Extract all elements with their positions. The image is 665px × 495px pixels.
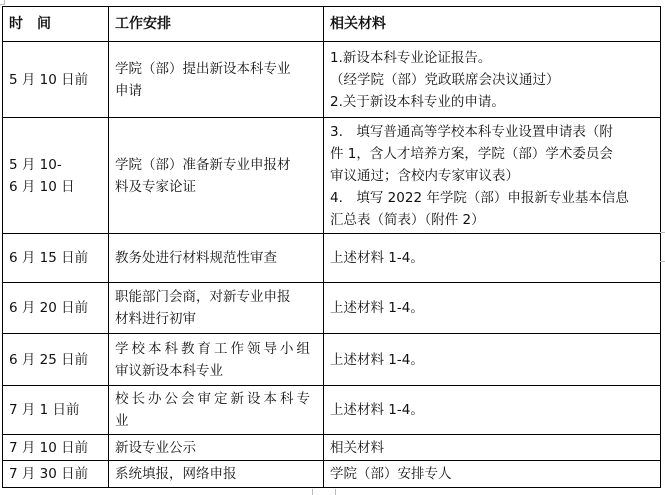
time-text: 5 月 10 日前 — [9, 69, 102, 91]
materials-text: 3. 填写普通高等学校本科专业设置申请表（附 — [330, 121, 654, 143]
materials-text: 上述材料 1-4。 — [330, 297, 654, 319]
table-row: 5 月 10- 6 月 10 日 学院（部）准备新专业申报材 料及专家论证 3.… — [3, 118, 661, 234]
table-row: 7 月 30 日前 系统填报，网络申报 学院（部）安排专人 — [3, 461, 661, 488]
materials-text: 上述材料 1-4。 — [330, 247, 654, 269]
task-text: 材料进行初审 — [115, 308, 317, 330]
materials-text: 4. 填写 2022 年学院（部）申报新专业基本信息 — [330, 187, 654, 209]
schedule-table: 时 间 工作安排 相关材料 5 月 10 日前 学院（部）提出新设本科专业 申请… — [2, 6, 661, 488]
table-row: 6 月 25 日前 学校本科教育工作领导小组 审议新设本科专业 上述材料 1-4… — [3, 334, 661, 386]
task-text: 学校本科教育工作领导小组 — [115, 338, 317, 360]
task-text: 料及专家论证 — [115, 176, 317, 198]
task-text: 职能部门会商，对新专业申报 — [115, 286, 317, 308]
time-text: 7 月 30 日前 — [9, 463, 102, 485]
task-cell: 职能部门会商，对新专业申报 材料进行初审 — [109, 283, 324, 334]
task-text: 审议新设本科专业 — [115, 360, 317, 382]
task-cell: 学院（部）提出新设本科专业 申请 — [109, 42, 324, 118]
materials-text: 学院（部）安排专人 — [330, 463, 654, 485]
task-text: 学院（部）提出新设本科专业 — [115, 58, 317, 80]
materials-cell: 3. 填写普通高等学校本科专业设置申请表（附 件 1，含人才培养方案，学院（部）… — [324, 118, 661, 234]
materials-text: 审议通过；含校内专家审议表） — [330, 165, 654, 187]
materials-text: 上述材料 1-4。 — [330, 399, 654, 421]
time-cell: 6 月 20 日前 — [3, 283, 109, 334]
time-cell: 6 月 25 日前 — [3, 334, 109, 386]
materials-cell: 上述材料 1-4。 — [324, 283, 661, 334]
materials-cell: 上述材料 1-4。 — [324, 334, 661, 386]
materials-cell: 1.新设本科专业论证报告。 （经学院（部）党政联席会决议通过） 2.关于新设本科… — [324, 42, 661, 118]
header-task: 工作安排 — [109, 7, 324, 42]
materials-text: 2.关于新设本科专业的申请。 — [330, 91, 654, 113]
table-row: 7 月 10 日前 新设专业公示 相关材料 — [3, 435, 661, 461]
materials-text: （经学院（部）党政联席会决议通过） — [330, 69, 654, 91]
materials-cell: 上述材料 1-4。 — [324, 386, 661, 435]
time-cell: 7 月 1 日前 — [3, 386, 109, 435]
materials-text: 1.新设本科专业论证报告。 — [330, 47, 654, 69]
header-materials: 相关材料 — [324, 7, 661, 42]
task-cell: 教务处进行材料规范性审查 — [109, 234, 324, 283]
task-text: 系统填报，网络申报 — [115, 463, 317, 485]
task-text: 业 — [115, 410, 317, 432]
time-text: 6 月 10 日 — [9, 176, 102, 198]
materials-cell: 学院（部）安排专人 — [324, 461, 661, 488]
task-cell: 学校本科教育工作领导小组 审议新设本科专业 — [109, 334, 324, 386]
materials-cell: 上述材料 1-4。 — [324, 234, 661, 283]
page-corner-mark — [0, 0, 5, 5]
task-text: 校长办公会审定新设本科专 — [115, 388, 317, 410]
task-text: 新设专业公示 — [115, 437, 317, 459]
table-resize-handle[interactable] — [660, 232, 665, 262]
time-cell: 5 月 10- 6 月 10 日 — [3, 118, 109, 234]
task-cell: 系统填报，网络申报 — [109, 461, 324, 488]
time-text: 5 月 10- — [9, 154, 102, 176]
task-cell: 校长办公会审定新设本科专 业 — [109, 386, 324, 435]
table-row: 6 月 15 日前 教务处进行材料规范性审查 上述材料 1-4。 — [3, 234, 661, 283]
table-row: 6 月 20 日前 职能部门会商，对新专业申报 材料进行初审 上述材料 1-4。 — [3, 283, 661, 334]
materials-cell: 相关材料 — [324, 435, 661, 461]
task-text: 教务处进行材料规范性审查 — [115, 247, 317, 269]
time-cell: 7 月 30 日前 — [3, 461, 109, 488]
table-row: 7 月 1 日前 校长办公会审定新设本科专 业 上述材料 1-4。 — [3, 386, 661, 435]
task-cell: 新设专业公示 — [109, 435, 324, 461]
task-cell: 学院（部）准备新专业申报材 料及专家论证 — [109, 118, 324, 234]
materials-text: 相关材料 — [330, 437, 654, 459]
table-header-row: 时 间 工作安排 相关材料 — [3, 7, 661, 42]
materials-text: 上述材料 1-4。 — [330, 349, 654, 371]
time-cell: 7 月 10 日前 — [3, 435, 109, 461]
time-text: 7 月 10 日前 — [9, 437, 102, 459]
time-cell: 5 月 10 日前 — [3, 42, 109, 118]
header-time: 时 间 — [3, 7, 109, 42]
materials-text: 件 1，含人才培养方案，学院（部）学术委员会 — [330, 143, 654, 165]
column-marker[interactable] — [312, 489, 336, 495]
materials-text: 汇总表（简表）（附件 2） — [330, 209, 654, 231]
task-text: 申请 — [115, 80, 317, 102]
table-row: 5 月 10 日前 学院（部）提出新设本科专业 申请 1.新设本科专业论证报告。… — [3, 42, 661, 118]
time-cell: 6 月 15 日前 — [3, 234, 109, 283]
time-text: 6 月 25 日前 — [9, 349, 102, 371]
task-text: 学院（部）准备新专业申报材 — [115, 154, 317, 176]
time-text: 6 月 15 日前 — [9, 247, 102, 269]
time-text: 7 月 1 日前 — [9, 399, 102, 421]
time-text: 6 月 20 日前 — [9, 297, 102, 319]
